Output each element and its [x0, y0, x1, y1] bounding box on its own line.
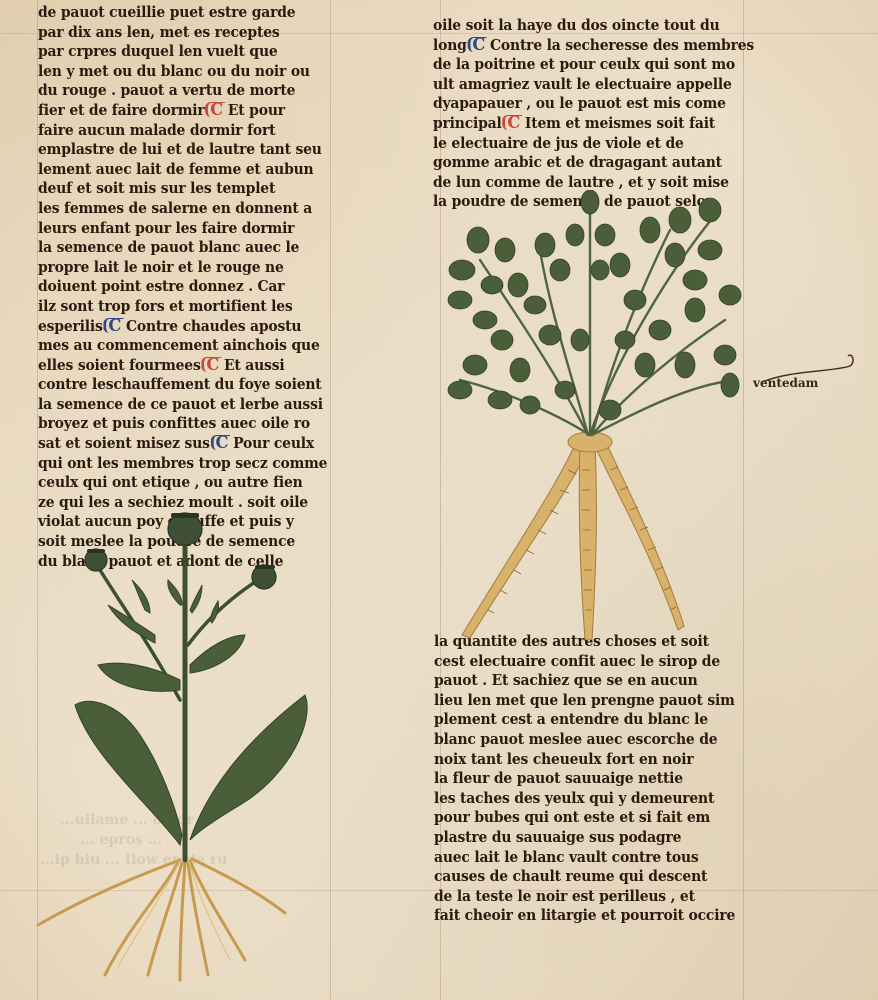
text-line: fier et de faire dormirCEt pour: [38, 101, 327, 121]
text-line: par dix ans len, met es receptes: [38, 23, 327, 43]
text-line: la semence de ce pauot et lerbe aussi: [38, 395, 327, 415]
text-line: mes au commencement ainchois que: [38, 336, 327, 356]
left-text-column: de pauot cueillie puet estre garde par d…: [38, 3, 327, 571]
text-line: le electuaire de jus de viole et de: [433, 134, 754, 154]
text-line: esperilisCContre chaudes apostu: [38, 317, 327, 337]
margin-note: ventedam: [753, 376, 818, 390]
text-line: de la poitrine et pour ceulx qui sont mo: [433, 55, 754, 75]
text-line: leurs enfant pour les faire dormir: [38, 219, 327, 239]
text-line: faire aucun malade dormir fort: [38, 121, 327, 141]
text-line: elles soient fourmeesCEt aussi: [38, 356, 327, 376]
text-line: pour bubes qui ont este et si fait em: [434, 808, 735, 828]
text-line: cest electuaire confit auec le sirop de: [434, 652, 735, 672]
manuscript-page: ...uilame ... ou or tu ... epros ... ...…: [0, 0, 878, 1000]
right-text-column-bottom: la quantite des autres choses et soit ce…: [434, 632, 735, 926]
text-line: broyez et puis confittes auec oile ro: [38, 414, 327, 434]
blue-paragraph-mark-icon: C: [104, 318, 124, 333]
text-line: ult amagriez vault le electuaire appelle: [433, 75, 754, 95]
text-line: gomme arabic et de dragagant autant: [433, 153, 754, 173]
forked-root-plant-illustration: [440, 190, 750, 640]
text-line: dyapapauer , ou le pauot est mis come: [433, 94, 754, 114]
text-line: les femmes de salerne en donnent a: [38, 199, 327, 219]
text-line: emplastre de lui et de lautre tant seu: [38, 140, 327, 160]
blue-paragraph-mark-icon: C: [211, 435, 231, 450]
text-line: la semence de pauot blanc auec le: [38, 238, 327, 258]
text-line: auec lait le blanc vault contre tous: [434, 848, 735, 868]
text-line: la fleur de pauot sauuaige nettie: [434, 769, 735, 789]
right-text-column-top: oile soit la haye du dos oincte tout du …: [433, 16, 754, 212]
text-line: les taches des yeulx qui y demeurent: [434, 789, 735, 809]
text-line: lement auec lait de femme et aubun: [38, 160, 327, 180]
red-paragraph-mark-icon: C: [503, 115, 523, 130]
text-line: ilz sont trop fors et mortifient les: [38, 297, 327, 317]
text-line: propre lait le noir et le rouge ne: [38, 258, 327, 278]
text-line: sat et soient misez susCPour ceulx: [38, 434, 327, 454]
blue-paragraph-mark-icon: C: [468, 37, 488, 52]
text-line: longCContre la secheresse des membres: [433, 36, 754, 56]
poppy-plant-illustration: [30, 505, 330, 995]
red-paragraph-mark-icon: C: [202, 357, 222, 372]
text-line: contre leschauffement du foye soient: [38, 375, 327, 395]
text-line: plastre du sauuaige sus podagre: [434, 828, 735, 848]
text-line: ceulx qui ont etique , ou autre fien: [38, 473, 327, 493]
text-line: qui ont les membres trop secz comme: [38, 454, 327, 474]
text-line: noix tant les cheueulx fort en noir: [434, 750, 735, 770]
text-line: pauot . Et sachiez que se en aucun: [434, 671, 735, 691]
text-line: len y met ou du blanc ou du noir ou: [38, 62, 327, 82]
text-line: blanc pauot meslee auec escorche de: [434, 730, 735, 750]
text-line: oile soit la haye du dos oincte tout du: [433, 16, 754, 36]
text-line: du rouge . pauot a vertu de morte: [38, 81, 327, 101]
text-line: plement cest a entendre du blanc le: [434, 710, 735, 730]
text-line: de pauot cueillie puet estre garde: [38, 3, 327, 23]
text-line: causes de chault reume qui descent: [434, 867, 735, 887]
red-paragraph-mark-icon: C: [205, 102, 225, 117]
text-line: doiuent point estre donnez . Car: [38, 277, 327, 297]
text-line: de la teste le noir est perilleus , et: [434, 887, 735, 907]
text-line: par crpres duquel len vuelt que: [38, 42, 327, 62]
text-line: deuf et soit mis sur les templet: [38, 179, 327, 199]
ruling-line: [330, 0, 331, 1000]
text-line: lieu len met que len prengne pauot sim: [434, 691, 735, 711]
text-line: fait cheoir en litargie et pourroit occi…: [434, 906, 735, 926]
text-line: principalCItem et meismes soit fait: [433, 114, 754, 134]
